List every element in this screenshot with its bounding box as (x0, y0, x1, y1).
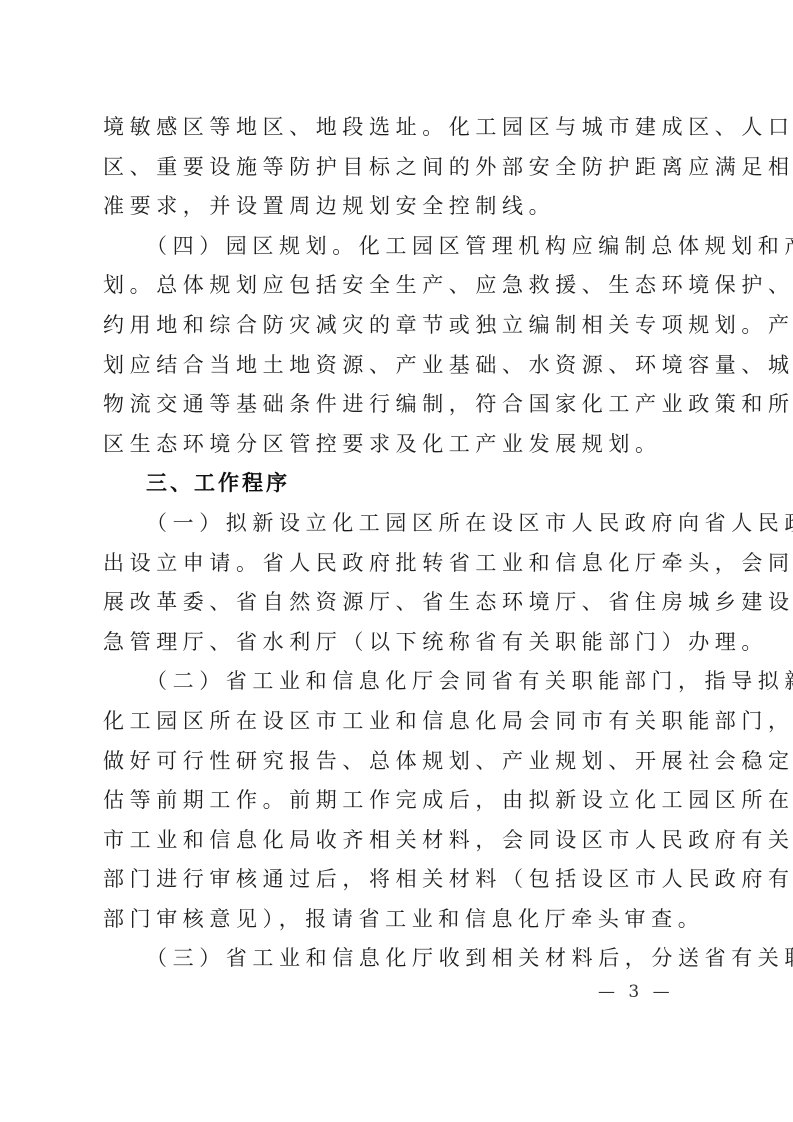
text-line: 化工园区所在设区市工业和信息化局会同市有关职能部门，组织 (103, 702, 693, 742)
text-line: 出设立申请。省人民政府批转省工业和信息化厅牵头，会同省发 (103, 544, 693, 584)
paragraph-start-line: （二）省工业和信息化厅会同省有关职能部门，指导拟新设立 (103, 662, 693, 702)
text-line: 物流交通等基础条件进行编制，符合国家化工产业政策和所在地 (103, 385, 693, 425)
text-line: 做好可行性研究报告、总体规划、产业规划、开展社会稳定风险评 (103, 742, 693, 782)
text-line: 境敏感区等地区、地段选址。化工园区与城市建成区、人口密集 (103, 108, 693, 148)
body-text: 境敏感区等地区、地段选址。化工园区与城市建成区、人口密集 区、重要设施等防护目标… (103, 108, 693, 979)
text-line: 展改革委、省自然资源厅、省生态环境厅、省住房城乡建设厅、省应 (103, 583, 693, 623)
text-line: 区、重要设施等防护目标之间的外部安全防护距离应满足相关标 (103, 148, 693, 188)
text-line: 部门审核意见），报请省工业和信息化厅牵头审查。 (103, 900, 693, 940)
text-line: 市工业和信息化局收齐相关材料，会同设区市人民政府有关职能 (103, 821, 693, 861)
text-line: 约用地和综合防灾减灾的章节或独立编制相关专项规划。产业规 (103, 306, 693, 346)
paragraph-start-line: （一）拟新设立化工园区所在设区市人民政府向省人民政府提 (103, 504, 693, 544)
text-line: 估等前期工作。前期工作完成后，由拟新设立化工园区所在设区 (103, 781, 693, 821)
text-line: 划应结合当地土地资源、产业基础、水资源、环境容量、城市建设、 (103, 346, 693, 386)
document-page: 境敏感区等地区、地段选址。化工园区与城市建成区、人口密集 区、重要设施等防护目标… (0, 0, 793, 1122)
section-heading: 三、工作程序 (103, 464, 693, 504)
text-line: 部门进行审核通过后，将相关材料（包括设区市人民政府有关职能 (103, 860, 693, 900)
text-line: 区生态环境分区管控要求及化工产业发展规划。 (103, 425, 693, 465)
text-line: 急管理厅、省水利厅（以下统称省有关职能部门）办理。 (103, 623, 693, 663)
text-line: 准要求，并设置周边规划安全控制线。 (103, 187, 693, 227)
paragraph-start-line: （三）省工业和信息化厅收到相关材料后，分送省有关职能部 (103, 939, 693, 979)
paragraph-start-line: （四）园区规划。化工园区管理机构应编制总体规划和产业规 (103, 227, 693, 267)
page-number: — 3 — (598, 982, 674, 1002)
text-line: 划。总体规划应包括安全生产、应急救援、生态环境保护、节约集 (103, 266, 693, 306)
